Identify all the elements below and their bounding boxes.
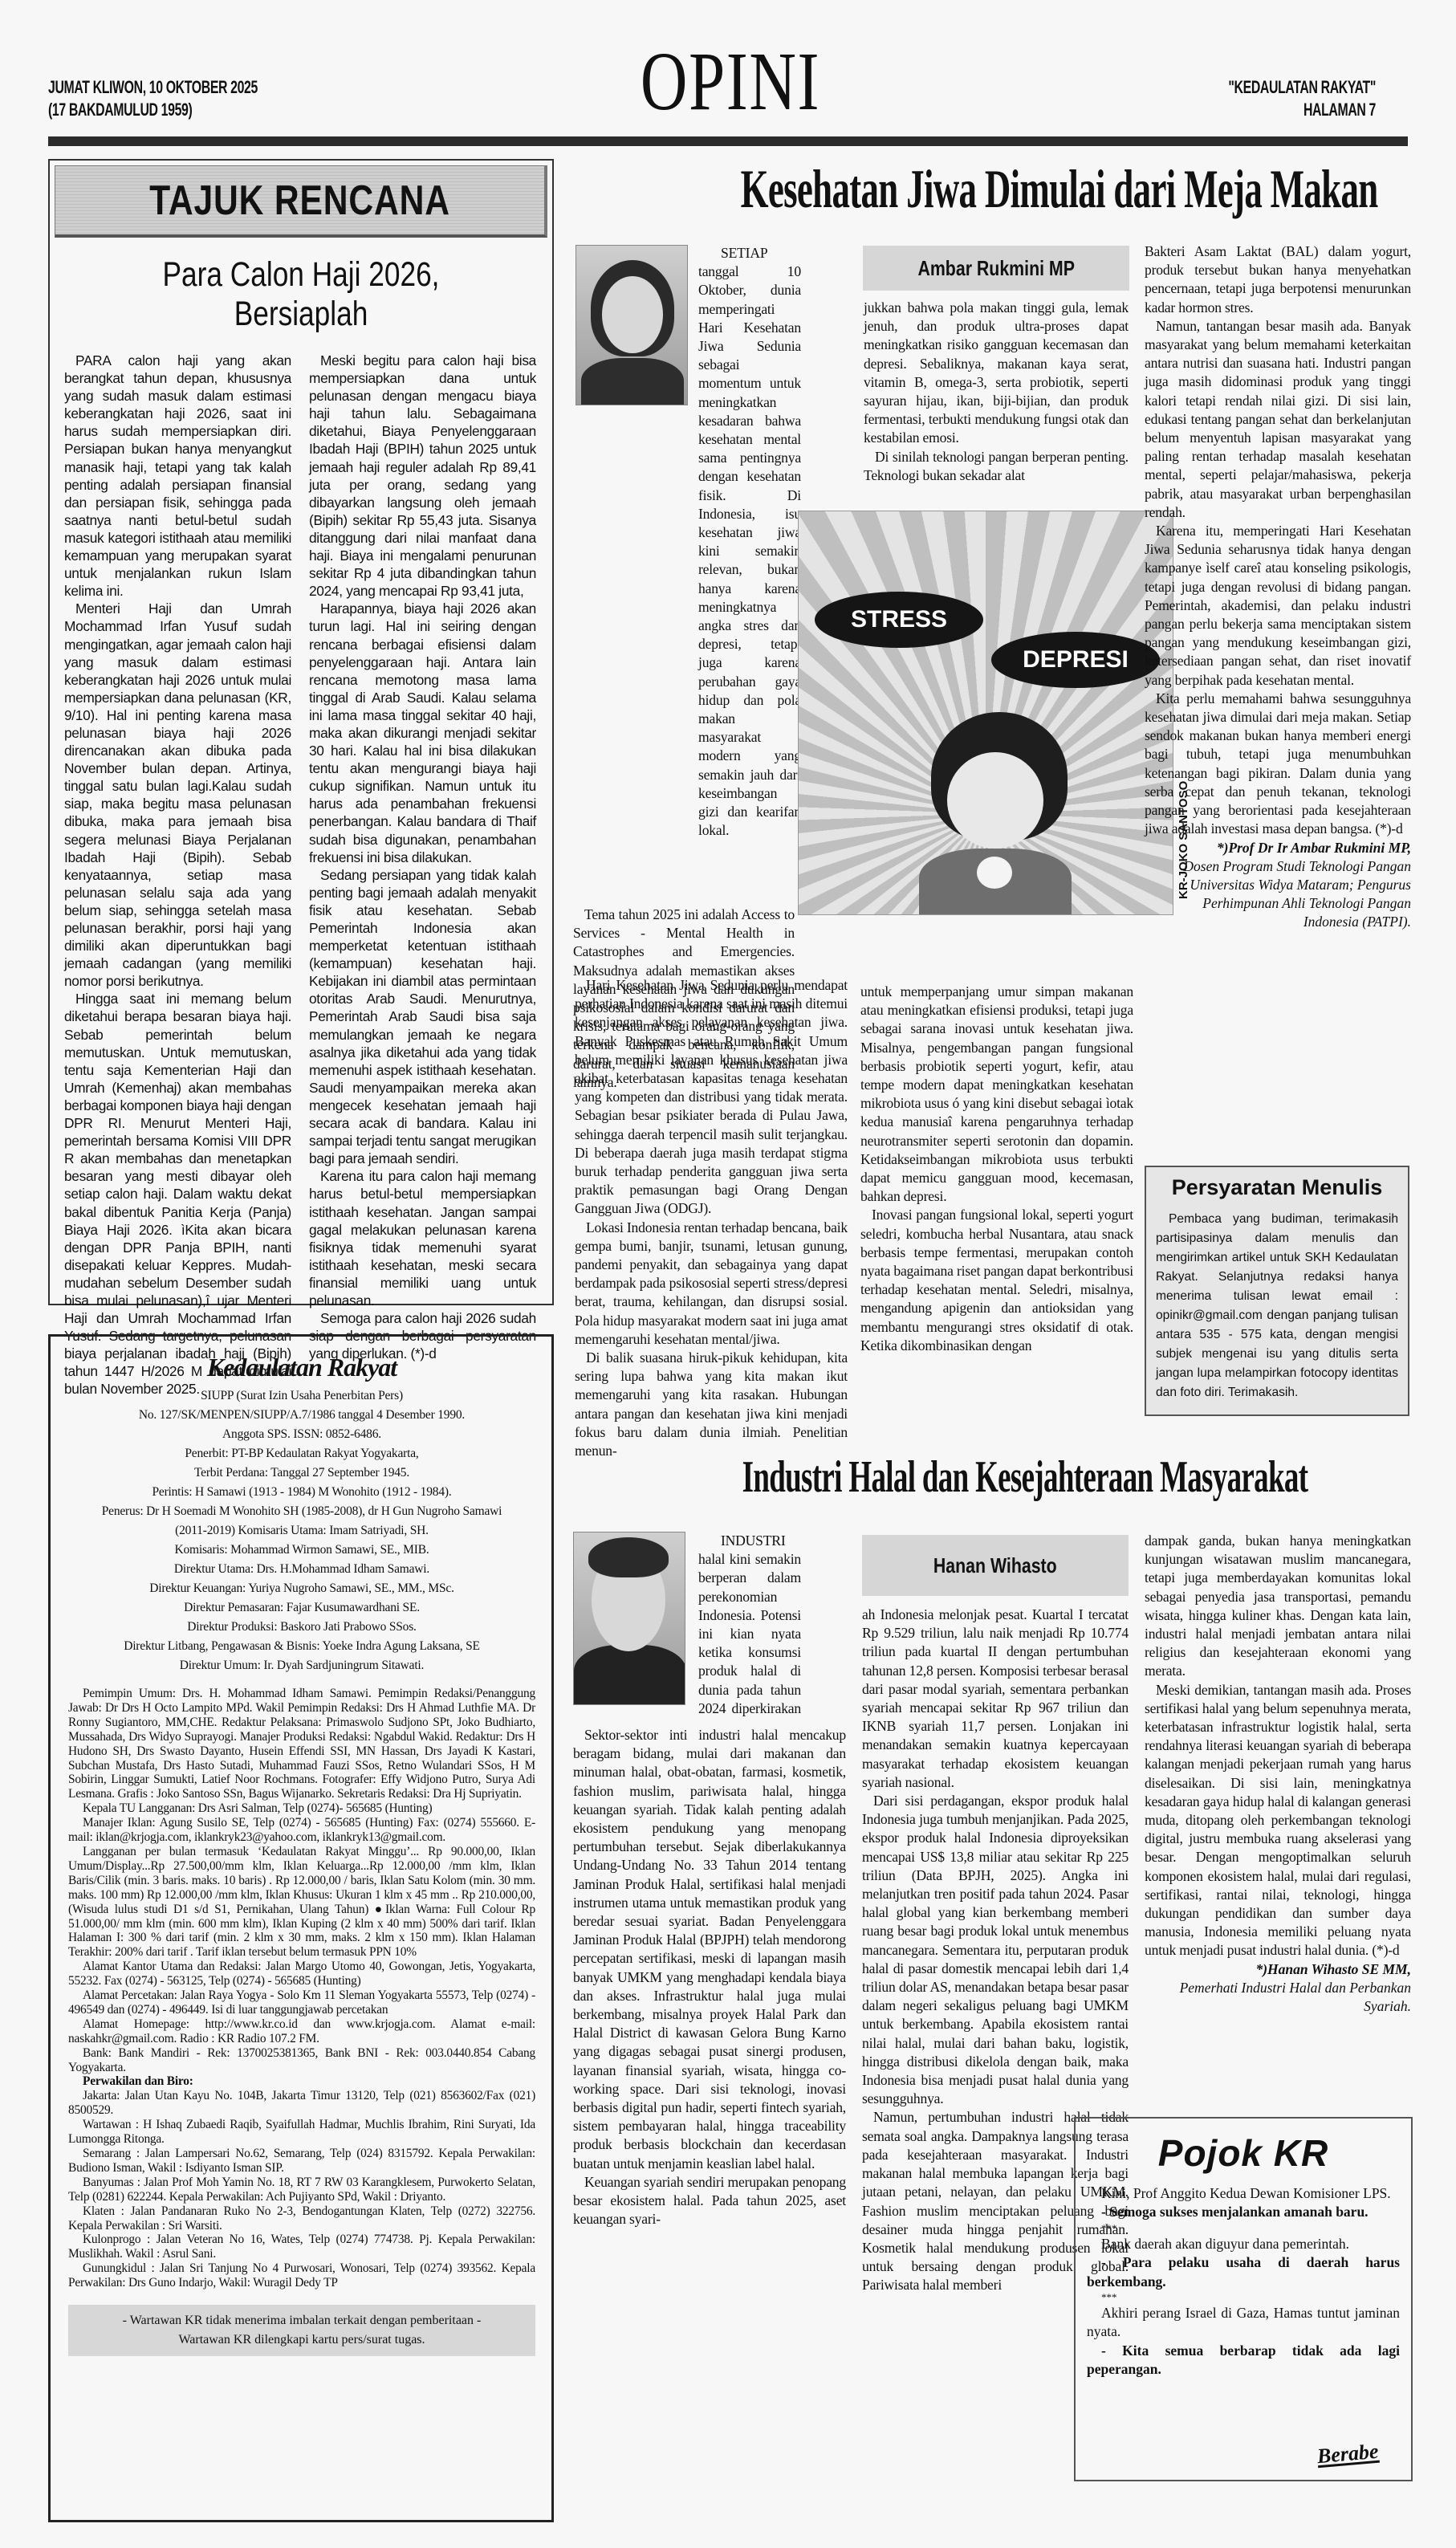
cloud-label: STRESS [851, 606, 947, 633]
impressum-line: Direktur Litbang, Pengawasan & Bisnis: Y… [68, 1637, 535, 1656]
article1-illustration: STRESS DEPRESI [798, 511, 1173, 915]
heart-icon [977, 857, 1012, 889]
signature-role: Dosen Program Studi Teknologi Pangan Uni… [1145, 857, 1411, 931]
kr-logo: Kedaulatan Rakyat [68, 1359, 535, 1375]
paper-name: "KEDAULATAN RAKYAT" [1228, 76, 1376, 99]
requirements-title: Persyaratan Menulis [1156, 1175, 1398, 1200]
masthead-date: JUMAT KLIWON, 10 OKTOBER 2025 (17 BAKDAM… [48, 76, 258, 121]
article2-lead-wrap: INDUSTRI halal kini semakin berperan dal… [698, 1532, 801, 1718]
editorial-headline: Para Calon Haji 2026, Bersiaplah [95, 255, 506, 334]
impressum-paragraph: Kepala TU Langganan: Drs Asri Salman, Te… [68, 1801, 535, 1816]
paragraph: Sedang persiapan yang tidak kalah pentin… [309, 866, 536, 1168]
impressum-paragraph: Pemimpin Umum: Drs. H. Mohammad Idham Sa… [68, 1687, 535, 1801]
paragraph: Meski demikian, tantangan masih ada. Pro… [1145, 1681, 1411, 1960]
footer-line: - Wartawan KR tidak menerima imbalan ter… [68, 2311, 535, 2330]
footer-line: Wartawan KR dilengkapi kartu pers/surat … [68, 2330, 535, 2350]
impressum-box: Kedaulatan Rakyat SIUPP (Surat Izin Usah… [48, 1334, 554, 2522]
article1-lead-text: SETIAP tanggal 10 Oktober, dunia memperi… [698, 244, 801, 841]
paragraph: Namun, tantangan besar masih ada. Banyak… [1145, 317, 1411, 522]
girl-face [947, 752, 1043, 849]
impressum-line: Penerbit: PT-BP Kedaulatan Rakyat Yogyak… [68, 1444, 535, 1463]
requirements-body: Pembaca yang budiman, terimakasih partis… [1156, 1210, 1398, 1402]
page-number: HALAMAN 7 [1228, 99, 1376, 121]
pojok-news: Akhiri perang Israel di Gaza, Hamas tunt… [1087, 2304, 1400, 2342]
date-gregorian: JUMAT KLIWON, 10 OKTOBER 2025 [48, 76, 258, 99]
impressum-line: Direktur Utama: Drs. H.Mohammad Idham Sa… [68, 1560, 535, 1579]
signature-name: *)Prof Dr Ir Ambar Rukmini MP, [1145, 839, 1411, 857]
pojok-comment: - Kita semua berbarap tidak ada lagi pep… [1087, 2342, 1400, 2379]
impressum-paragraph: Banyumas : Jalan Prof Moh Yamin No. 18, … [68, 2176, 535, 2204]
impressum-line: No. 127/SK/MENPEN/SIUPP/A.7/1986 tanggal… [68, 1406, 535, 1425]
photo-shoulders [581, 358, 684, 405]
impressum-footer: - Wartawan KR tidak menerima imbalan ter… [68, 2305, 535, 2356]
paragraph: PARA calon haji yang akan berangkat tahu… [64, 352, 291, 600]
article2-col1: Sektor-sektor inti industri halal mencak… [573, 1726, 846, 2228]
editorial-banner: TAJUK RENCANA [55, 165, 547, 238]
impressum-line: Penerus: Dr H Soemadi M Wonohito SH (198… [68, 1502, 535, 1521]
cloud-label: DEPRESI [1023, 646, 1129, 674]
paragraph: Meski begitu para calon haji bisa memper… [309, 352, 536, 600]
paragraph: untuk memperpanjang umur simpan makanan … [860, 983, 1133, 1206]
editorial-col-2: Meski begitu para calon haji bisa memper… [309, 352, 536, 1398]
cloud-depresi: DEPRESI [991, 632, 1160, 688]
article1-signature: *)Prof Dr Ir Ambar Rukmini MP, Dosen Pro… [1145, 839, 1411, 931]
cloud-stress: STRESS [815, 592, 983, 648]
paragraph: Inovasi pangan fungsional lokal, seperti… [860, 1206, 1133, 1355]
impressum-paragraph: Alamat Percetakan: Jalan Raya Yogya - So… [68, 1988, 535, 2017]
impressum-line: Perintis: H Samawi (1913 - 1984) M Wonoh… [68, 1483, 535, 1502]
impressum-paragraph: Alamat Kantor Utama dan Redaksi: Jalan M… [68, 1960, 535, 1988]
author-photo [575, 245, 688, 405]
impressum-line: SIUPP (Surat Izin Usaha Penerbitan Pers) [68, 1386, 535, 1406]
impressum-line: (2011-2019) Komisaris Utama: Imam Satriy… [68, 1521, 535, 1541]
date-javanese: (17 BAKDAMULUD 1959) [48, 99, 258, 121]
impressum-paragraph: Alamat Homepage: http://www.kr.co.id dan… [68, 2017, 535, 2046]
pojok-title: Pojok KR [1087, 2130, 1400, 2176]
pojok-kr-box: Pojok KR Kini, Prof Anggito Kedua Dewan … [1074, 2117, 1413, 2481]
impressum-paragraph: Gunungkidul : Jalan Sri Tanjung No 4 Pur… [68, 2261, 535, 2290]
author-photo [573, 1532, 685, 1705]
impressum-line: Direktur Pemasaran: Fajar Kusumawardhani… [68, 1598, 535, 1618]
impressum-paragraph: Kulonprogo : Jalan Veteran No 16, Wates,… [68, 2233, 535, 2261]
impressum-paragraph: Semarang : Jalan Lampersari No.62, Semar… [68, 2147, 535, 2176]
impressum-line: Direktur Keuangan: Yuriya Nugroho Samawi… [68, 1579, 535, 1598]
article1-lead: SETIAP tanggal 10 Oktober, dunia memperi… [698, 244, 801, 841]
paragraph: Bakteri Asam Laktat (BAL) dalam yogurt, … [1145, 242, 1411, 317]
impressum-paragraph: Manajer Iklan: Agung Susilo SE, Telp (02… [68, 1816, 535, 1845]
paragraph: ah Indonesia melonjak pesat. Kuartal I t… [862, 1606, 1129, 1792]
article2-col3: dampak ganda, bukan hanya meningkatkan k… [1145, 1532, 1411, 2016]
impressum-paragraph: Perwakilan dan Biro: [68, 2074, 535, 2089]
paragraph: jukkan bahwa pola makan tinggi gula, lem… [864, 299, 1129, 448]
editorial-banner-label: TAJUK RENCANA [149, 177, 450, 225]
impressum-line: Komisaris: Mohammad Wirmon Samawi, SE., … [68, 1541, 535, 1560]
editorial-col-1: PARA calon haji yang akan berangkat tahu… [64, 352, 291, 1398]
pojok-signature: Berabe [1316, 2441, 1380, 2468]
article2-lead-text: INDUSTRI halal kini semakin berperan dal… [698, 1532, 801, 1718]
signature-name: *)Hanan Wihasto SE MM, [1145, 1960, 1411, 1979]
article2-signature: *)Hanan Wihasto SE MM, Pemerhati Industr… [1145, 1960, 1411, 2016]
article1-col2-bottom: untuk memperpanjang umur simpan makanan … [860, 983, 1133, 1355]
signature-role: Pemerhati Industri Halal dan Perbankan S… [1145, 1979, 1411, 2016]
editorial-body: PARA calon haji yang akan berangkat tahu… [50, 334, 552, 1398]
pojok-comment: - Para pelaku usaha di daerah harus berk… [1087, 2253, 1400, 2291]
article2-title: Industri Halal dan Kesejahteraan Masyara… [741, 1451, 1310, 1503]
photo-suit [574, 1645, 685, 1705]
photo-face [602, 276, 663, 353]
impressum-paragraph: Langganan per bulan termasuk ‘Kedaulatan… [68, 1845, 535, 1960]
impressum-paragraph: Wartawan : H Ishaq Zubaedi Raqib, Syaifu… [68, 2118, 535, 2147]
paragraph: Hari Kesehatan Jiwa Sedunia perlu mendap… [575, 976, 848, 1219]
pojok-comment: - Semoga sukses menjalankan amanah baru. [1087, 2203, 1400, 2221]
paragraph: Di sinilah teknologi pangan berperan pen… [864, 448, 1129, 485]
paragraph: Menteri Haji dan Umrah Mochammad Irfan Y… [64, 600, 291, 990]
author-name: Hanan Wihasto [933, 1553, 1057, 1578]
paragraph: Sektor-sektor inti industri halal mencak… [573, 1726, 846, 2173]
paragraph: dampak ganda, bukan hanya meningkatkan k… [1145, 1532, 1411, 1681]
paragraph: Karena itu, memperingati Hari Kesehatan … [1145, 522, 1411, 690]
impressum-line: Direktur Umum: Ir. Dyah Sardjuningrum Si… [68, 1656, 535, 1675]
paragraph: Karena itu para calon haji memang harus … [309, 1167, 536, 1309]
article1-col2-top: jukkan bahwa pola makan tinggi gula, lem… [864, 299, 1129, 485]
article1-col1-cont: Hari Kesehatan Jiwa Sedunia perlu mendap… [575, 976, 848, 1460]
article1-title: Kesehatan Jiwa Dimulai dari Meja Makan [741, 157, 1310, 221]
paragraph: Di balik suasana hiruk-pikuk kehidupan, … [575, 1349, 848, 1460]
paragraph: Dari sisi perdagangan, ekspor produk hal… [862, 1792, 1129, 2108]
author-name: Ambar Rukmini MP [917, 256, 1074, 281]
impressum-paragraph: Jakarta: Jalan Utan Kayu No. 104B, Jakar… [68, 2089, 535, 2118]
writing-requirements-box: Persyaratan Menulis Pembaca yang budiman… [1145, 1166, 1409, 1416]
article1-col3: Bakteri Asam Laktat (BAL) dalam yogurt, … [1145, 242, 1411, 931]
impressum-paragraph: Klaten : Jalan Pandanaran Ruko No 2-3, B… [68, 2204, 535, 2233]
paragraph: Harapannya, biaya haji 2026 akan turun l… [309, 600, 536, 865]
masthead-paper: "KEDAULATAN RAKYAT" HALAMAN 7 [1228, 76, 1376, 121]
pojok-separator: *** [1087, 2291, 1400, 2304]
author-byline: Ambar Rukmini MP [863, 246, 1129, 291]
impressum-line: Terbit Perdana: Tanggal 27 September 194… [68, 1463, 535, 1483]
pojok-news: Kini, Prof Anggito Kedua Dewan Komisione… [1087, 2184, 1400, 2203]
paragraph: Lokasi Indonesia rentan terhadap bencana… [575, 1219, 848, 1349]
editorial-box: TAJUK RENCANA Para Calon Haji 2026, Bers… [48, 159, 554, 1305]
photo-hair [588, 1537, 669, 1577]
pojok-news: Bank daerah akan diguyur dana pemerintah… [1087, 2235, 1400, 2253]
impressum-details: Pemimpin Umum: Drs. H. Mohammad Idham Sa… [68, 1687, 535, 2290]
masthead-rule [48, 136, 1408, 146]
author-byline: Hanan Wihasto [862, 1535, 1129, 1596]
impressum-line: Anggota SPS. ISSN: 0852-6486. [68, 1425, 535, 1444]
paragraph: Kita perlu memahami bahwa sesungguhnya k… [1145, 690, 1411, 839]
impressum-line: Direktur Produksi: Baskoro Jati Prabowo … [68, 1618, 535, 1637]
paragraph: Keuangan syariah sendiri merupakan penop… [573, 2173, 846, 2229]
section-title: OPINI [636, 42, 824, 122]
pojok-separator: *** [1087, 2222, 1400, 2235]
impressum-header: SIUPP (Surat Izin Usaha Penerbitan Pers)… [68, 1386, 535, 1675]
impressum-paragraph: Bank: Bank Mandiri - Rek: 1370025381365,… [68, 2046, 535, 2075]
